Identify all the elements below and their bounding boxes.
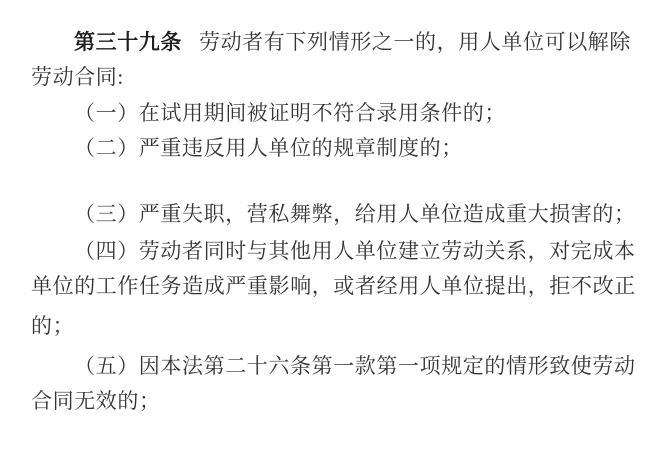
line-item-2: （二）严重违反用人单位的规章制度的； [74,137,463,160]
line-item-3: （三）严重失职，营私舞弊，给用人单位造成重大损害的； [74,203,636,226]
line-article-heading: 第三十九条劳动者有下列情形之一的，用人单位可以解除 [74,31,631,54]
line-intro-wrap: 劳动合同: [31,66,124,89]
document-page: 第三十九条劳动者有下列情形之一的，用人单位可以解除 劳动合同: （一）在试用期间… [0,0,667,456]
article-number: 第三十九条 [74,30,182,54]
line-item-1: （一）在试用期间被证明不符合录用条件的； [74,102,506,125]
line-item-4: （四）劳动者同时与其他用人单位建立劳动关系，对完成本 [74,240,636,263]
line-item-5-wrap: 合同无效的； [31,390,161,413]
line-item-4-wrap-1: 单位的工作任务造成严重影响，或者经用人单位提出，拒不改正 [31,275,636,298]
line-item-5: （五）因本法第二十六条第一款第一项规定的情形致使劳动 [74,355,636,378]
article-intro-text: 劳动者有下列情形之一的，用人单位可以解除 [199,30,631,54]
line-item-4-wrap-2: 的； [31,315,74,338]
